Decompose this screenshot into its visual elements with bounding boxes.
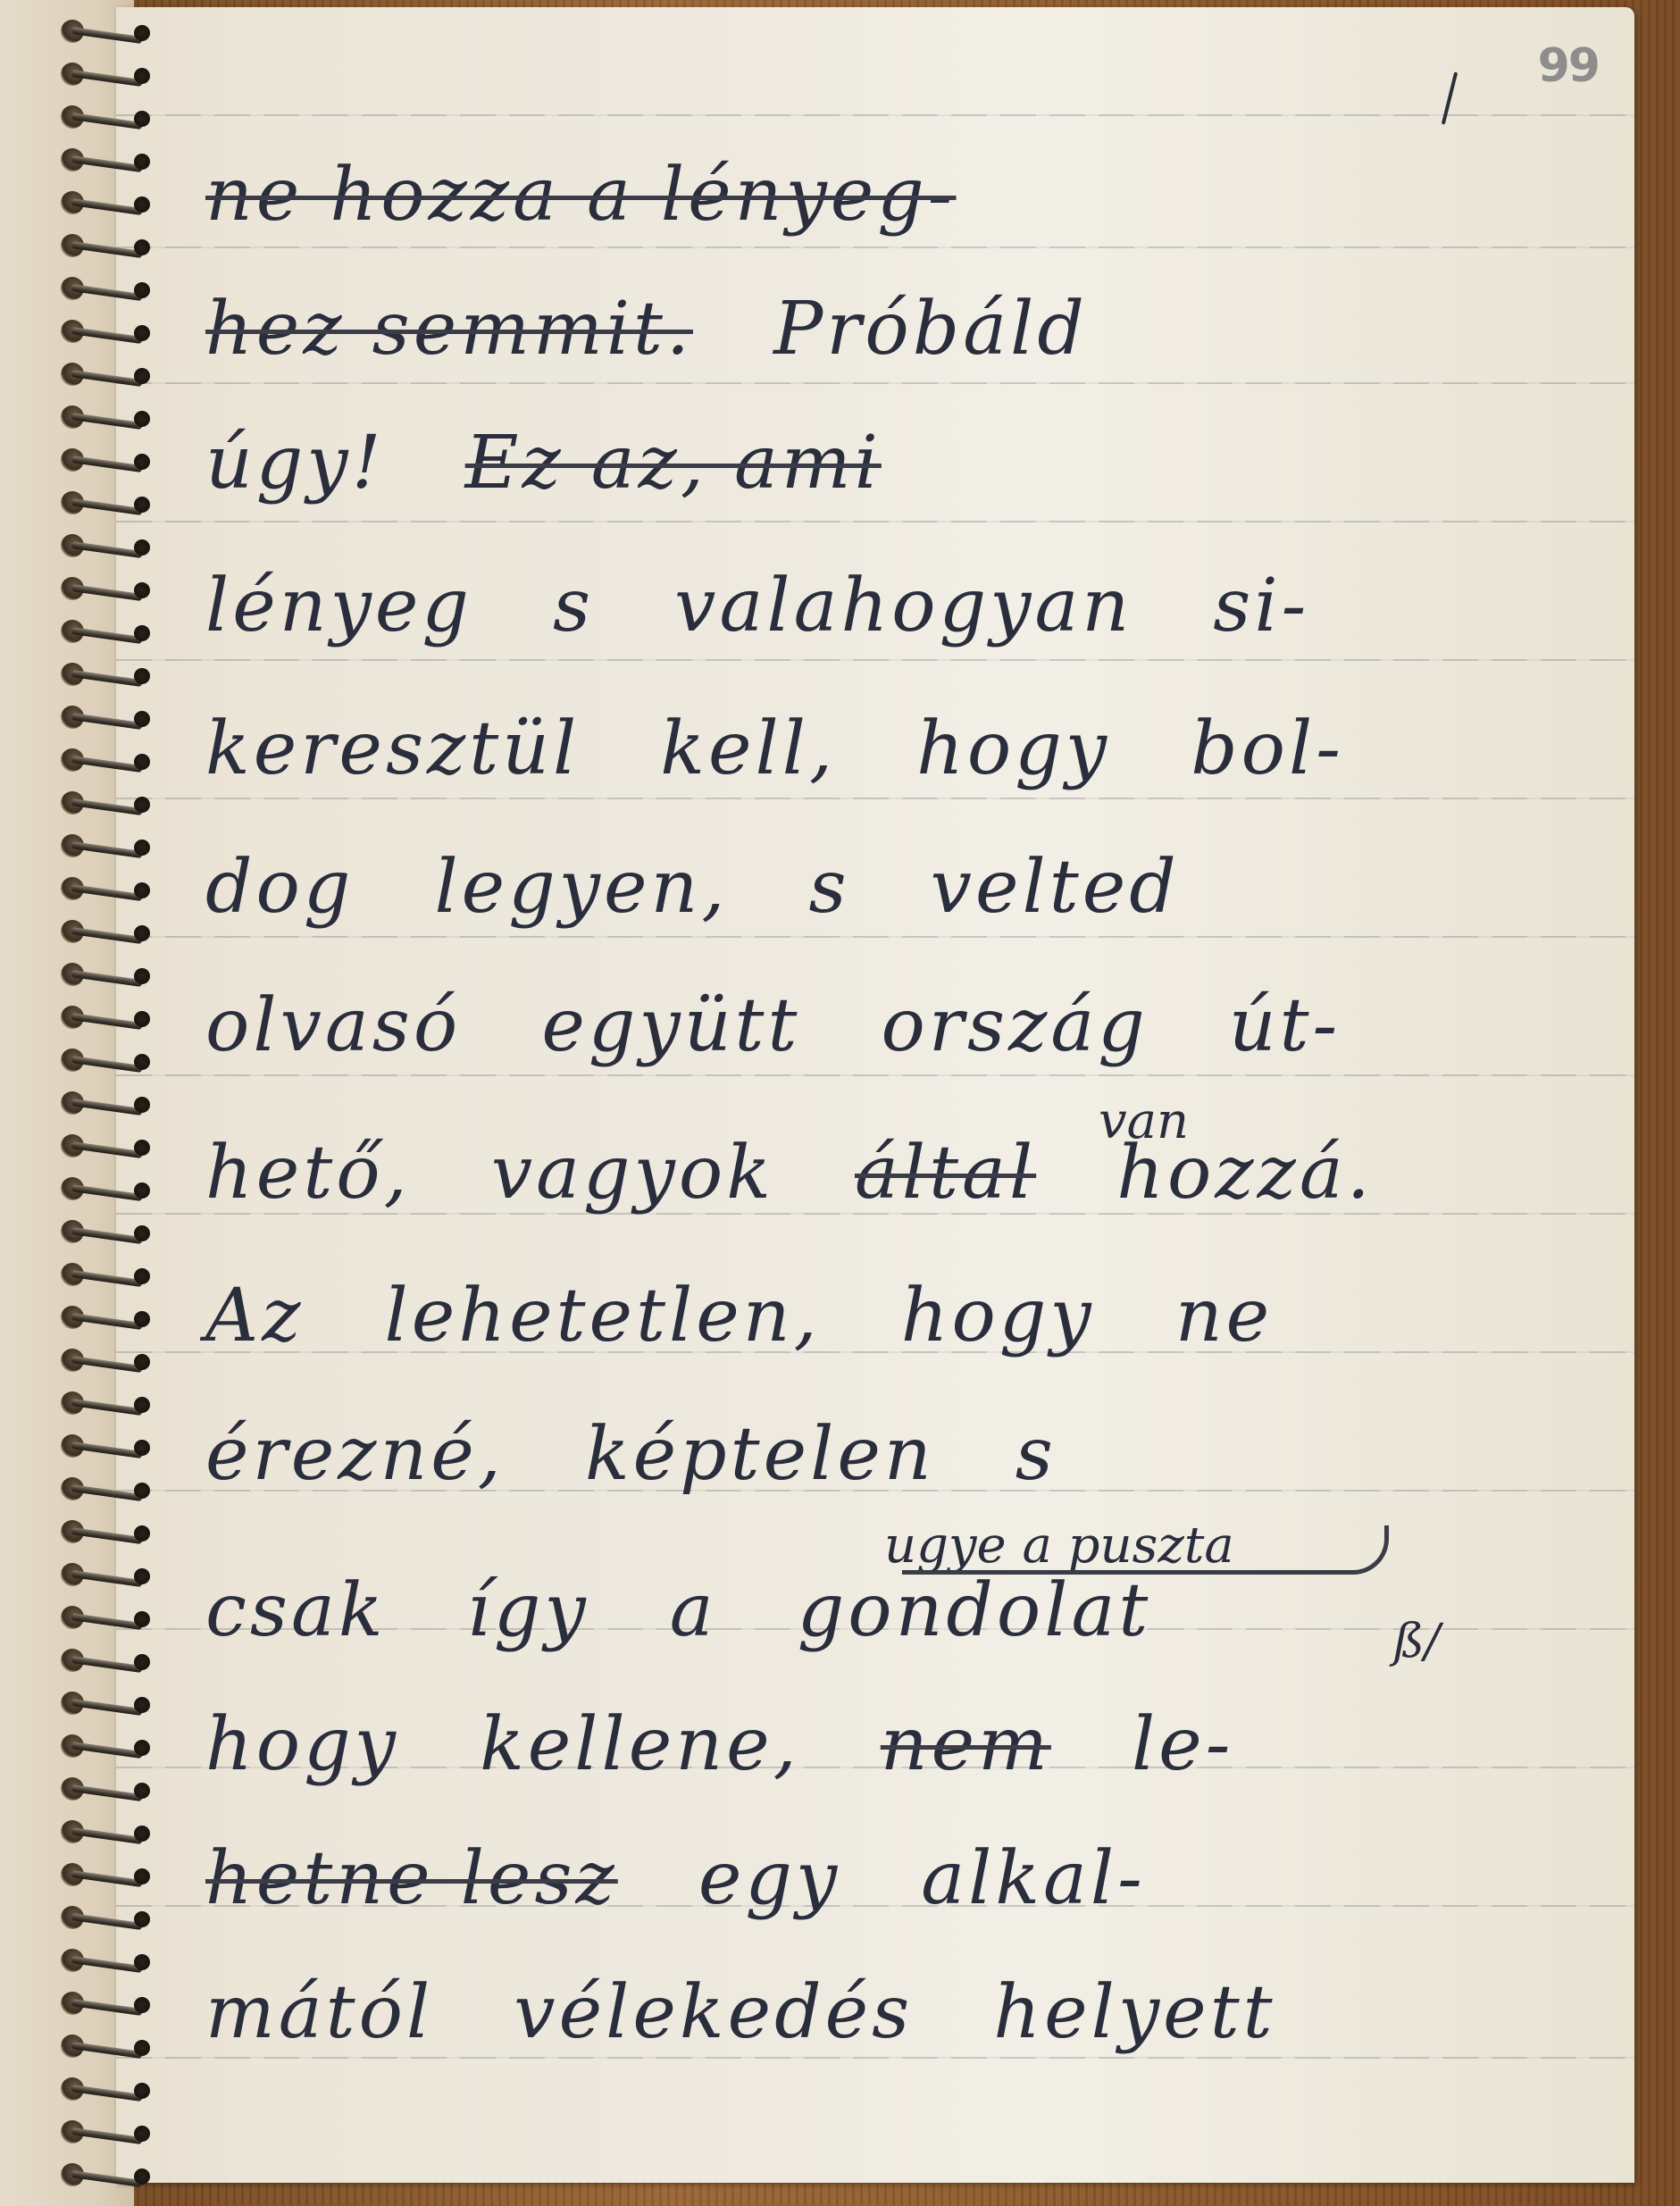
word: ne	[1175, 1280, 1273, 1353]
word: s	[809, 851, 850, 924]
coil-wire	[71, 1013, 142, 1030]
word: hető,	[205, 1137, 411, 1210]
coil-end	[134, 2168, 150, 2185]
spiral-coil	[61, 2118, 150, 2145]
coil-end	[134, 840, 150, 856]
spiral-coil	[61, 189, 150, 216]
coil-wire	[71, 498, 142, 515]
word: dog	[205, 851, 354, 924]
coil-wire	[71, 1441, 142, 1458]
spiral-coil	[61, 275, 150, 302]
word: érezné,	[205, 1418, 505, 1492]
coil-end	[134, 1997, 150, 2013]
spiral-coil	[61, 1861, 150, 1888]
handwritten-line-7: olvasó együtt ország út-	[205, 990, 1581, 1063]
coil-end	[134, 282, 150, 298]
coil-wire	[71, 927, 142, 944]
spiral-coil	[61, 1004, 150, 1031]
spiral-coil	[61, 832, 150, 859]
coil-wire	[71, 284, 142, 301]
struck-text: hetne lesz	[205, 1843, 618, 1916]
coil-end	[134, 754, 150, 770]
notebook-page: 99 ne hozza a lényeg- hez semmit. Próbál…	[116, 7, 1634, 2183]
coil-wire	[71, 970, 142, 987]
word: vélekedés	[514, 1976, 913, 2050]
coil-wire	[71, 1270, 142, 1287]
coil-wire	[71, 1099, 142, 1116]
handwritten-line-11: csak így a gondolat	[205, 1575, 1581, 1648]
coil-end	[134, 1697, 150, 1713]
word: velted	[931, 851, 1180, 924]
coil-wire	[71, 1399, 142, 1416]
word: kellene,	[480, 1709, 800, 1782]
coil-wire	[71, 1656, 142, 1673]
coil-wire	[71, 1999, 142, 2016]
ruled-line	[116, 521, 1634, 522]
coil-end	[134, 1740, 150, 1756]
spiral-coil	[61, 61, 150, 88]
word: úgy!	[205, 427, 385, 500]
coil-wire	[71, 1313, 142, 1330]
ruled-line	[116, 382, 1634, 384]
word: le-	[1132, 1709, 1233, 1782]
spiral-coil	[61, 1733, 150, 1759]
spiral-coil	[61, 1218, 150, 1245]
coil-wire	[71, 1699, 142, 1716]
coil-end	[134, 711, 150, 727]
coil-end	[134, 1654, 150, 1670]
spiral-coil	[61, 1304, 150, 1331]
ruled-line	[116, 1074, 1634, 1076]
handwritten-line-5: keresztül kell, hogy bol-	[205, 713, 1581, 786]
word: valahogyan	[674, 570, 1133, 643]
handwritten-line-1: ne hozza a lényeg-	[205, 159, 1581, 232]
coil-end	[134, 411, 150, 427]
word: si-	[1213, 570, 1309, 643]
coil-end	[134, 1354, 150, 1370]
coil-wire	[71, 884, 142, 901]
coil-end	[134, 1525, 150, 1542]
word: lényeg	[205, 570, 472, 643]
word: ország	[881, 990, 1148, 1063]
spiral-coil	[61, 1433, 150, 1459]
spiral-coil	[61, 18, 150, 45]
word: keresztül	[205, 713, 580, 786]
coil-end	[134, 1140, 150, 1156]
word: hogy	[916, 713, 1110, 786]
ruled-line	[116, 798, 1634, 799]
spiral-coil	[61, 961, 150, 988]
spiral-coil	[61, 1604, 150, 1631]
spiral-coil	[61, 704, 150, 731]
coil-end	[134, 797, 150, 813]
word: legyen,	[434, 851, 728, 924]
coil-end	[134, 968, 150, 984]
coil-end	[134, 582, 150, 598]
margin-mark: ß/	[1393, 1615, 1440, 1668]
spiral-coil	[61, 1690, 150, 1717]
coil-wire	[71, 1784, 142, 1801]
coil-wire	[71, 670, 142, 687]
spiral-coil	[61, 1818, 150, 1845]
spiral-coil	[61, 661, 150, 688]
coil-wire	[71, 1227, 142, 1244]
coil-wire	[71, 1484, 142, 1501]
coil-wire	[71, 1527, 142, 1544]
struck-text: ne hozza a lényeg-	[205, 159, 957, 232]
word: s	[1016, 1418, 1057, 1492]
spiral-coil	[61, 2033, 150, 2060]
ruled-line	[116, 247, 1634, 248]
coil-end	[134, 1783, 150, 1799]
coil-wire	[71, 413, 142, 430]
spiral-coil	[61, 1947, 150, 1974]
coil-end	[134, 1483, 150, 1499]
coil-wire	[71, 627, 142, 644]
struck-text: által	[855, 1137, 1036, 1210]
handwritten-line-9: Az lehetetlen, hogy ne	[205, 1280, 1581, 1353]
word: hogy	[205, 1709, 399, 1782]
coil-wire	[71, 2085, 142, 2102]
spiral-coil	[61, 747, 150, 773]
handwritten-line-3: úgy! Ez az, ami	[205, 427, 1581, 500]
word: hogy	[901, 1280, 1095, 1353]
word: a	[670, 1575, 717, 1648]
coil-wire	[71, 1613, 142, 1630]
coil-end	[134, 1826, 150, 1842]
handwritten-line-10: érezné, képtelen s	[205, 1418, 1581, 1492]
coil-wire	[71, 370, 142, 387]
coil-end	[134, 497, 150, 513]
coil-end	[134, 2083, 150, 2099]
coil-wire	[71, 1956, 142, 1973]
spiral-coil	[61, 575, 150, 602]
spiral-coil	[61, 1518, 150, 1545]
word: együtt	[541, 990, 800, 1063]
coil-end	[134, 2040, 150, 2056]
ruled-line	[116, 2057, 1634, 2059]
spiral-coil	[61, 318, 150, 345]
word: vagyok	[491, 1137, 774, 1210]
spiral-coil	[61, 447, 150, 473]
word: alkal-	[921, 1843, 1146, 1916]
word: s	[553, 570, 594, 643]
coil-end	[134, 1011, 150, 1027]
word: lehetetlen,	[385, 1280, 821, 1353]
word: képtelen	[585, 1418, 935, 1492]
coil-end	[134, 1868, 150, 1884]
coil-wire	[71, 713, 142, 730]
spiral-coil	[61, 1647, 150, 1674]
spiral-coil	[61, 790, 150, 816]
coil-wire	[71, 241, 142, 258]
handwritten-line-12: hogy kellene, nem le-	[205, 1709, 1581, 1782]
ruled-line	[116, 936, 1634, 938]
spiral-coil	[61, 1475, 150, 1502]
word: csak	[205, 1575, 387, 1648]
coil-end	[134, 325, 150, 341]
coil-end	[134, 25, 150, 41]
coil-end	[134, 1054, 150, 1070]
spiral-coil	[61, 532, 150, 559]
coil-wire	[71, 841, 142, 858]
struck-text: nem	[881, 1709, 1051, 1782]
handwritten-line-4: lényeg s valahogyan si-	[205, 570, 1581, 643]
spiral-coil	[61, 1132, 150, 1159]
coil-end	[134, 1311, 150, 1327]
spiral-coil	[61, 1347, 150, 1374]
spiral-coil	[61, 1390, 150, 1416]
coil-wire	[71, 1184, 142, 1201]
spiral-coil	[61, 104, 150, 130]
spiral-coil	[61, 1090, 150, 1116]
coil-wire	[71, 2042, 142, 2059]
coil-wire	[71, 2127, 142, 2144]
top-stroke-mark	[1442, 71, 1458, 124]
coil-wire	[71, 1827, 142, 1844]
word: egy	[698, 1843, 840, 1916]
coil-end	[134, 2126, 150, 2142]
coil-wire	[71, 1356, 142, 1373]
ruled-line	[116, 659, 1634, 661]
struck-text: Ez az, ami	[465, 427, 882, 500]
spiral-coil	[61, 918, 150, 945]
spiral-coil	[61, 618, 150, 645]
word: út-	[1229, 990, 1341, 1063]
coil-end	[134, 539, 150, 556]
handwritten-line-2: hez semmit. Próbáld	[205, 293, 1581, 366]
coil-wire	[71, 584, 142, 601]
coil-wire	[71, 1742, 142, 1759]
coil-end	[134, 154, 150, 170]
page-number: 99	[1538, 39, 1599, 93]
coil-end	[134, 1611, 150, 1627]
word: Próbáld	[773, 293, 1088, 366]
insertion-bracket	[902, 1525, 1389, 1575]
coil-end	[134, 239, 150, 255]
coil-end	[134, 1268, 150, 1284]
coil-end	[134, 1225, 150, 1241]
word: kell,	[660, 713, 836, 786]
word: gondolat	[798, 1575, 1152, 1648]
coil-end	[134, 668, 150, 684]
spiral-coil	[61, 489, 150, 516]
spiral-coil	[61, 404, 150, 430]
coil-end	[134, 454, 150, 470]
handwritten-line-8: hető, vagyok által hozzá.	[205, 1137, 1581, 1210]
handwritten-line-6: dog legyen, s velted	[205, 851, 1581, 924]
coil-wire	[71, 798, 142, 815]
coil-end	[134, 1911, 150, 1927]
coil-end	[134, 1440, 150, 1456]
coil-end	[134, 111, 150, 127]
spiral-coil	[61, 1047, 150, 1074]
word: helyett	[993, 1976, 1275, 2050]
spiral-coil	[61, 146, 150, 173]
coil-end	[134, 625, 150, 641]
word: Az	[205, 1280, 304, 1353]
coil-end	[134, 368, 150, 384]
spiral-coil	[61, 2161, 150, 2188]
coil-wire	[71, 2170, 142, 2187]
word: mától	[205, 1976, 433, 2050]
spiral-coil	[61, 1776, 150, 1802]
coil-wire	[71, 455, 142, 472]
coil-wire	[71, 155, 142, 172]
spiral-coil	[61, 1561, 150, 1588]
spiral-binding	[36, 0, 152, 2206]
word: hozzá.	[1116, 1137, 1374, 1210]
spiral-coil	[61, 2076, 150, 2102]
coil-end	[134, 1397, 150, 1413]
coil-end	[134, 1182, 150, 1199]
coil-wire	[71, 113, 142, 130]
spiral-coil	[61, 1904, 150, 1931]
coil-end	[134, 882, 150, 898]
coil-end	[134, 68, 150, 84]
coil-end	[134, 1954, 150, 1970]
coil-wire	[71, 1141, 142, 1158]
coil-end	[134, 1568, 150, 1584]
coil-end	[134, 1097, 150, 1113]
coil-wire	[71, 327, 142, 344]
handwritten-line-14: mától vélekedés helyett	[205, 1976, 1581, 2050]
spiral-coil	[61, 1175, 150, 1202]
struck-text: hez semmit.	[205, 293, 693, 366]
coil-wire	[71, 1570, 142, 1587]
handwritten-line-13: hetne lesz egy alkal-	[205, 1843, 1581, 1916]
spiral-coil	[61, 232, 150, 259]
word: olvasó	[205, 990, 461, 1063]
coil-wire	[71, 1913, 142, 1930]
spiral-coil	[61, 1261, 150, 1288]
coil-wire	[71, 1870, 142, 1887]
coil-wire	[71, 541, 142, 558]
coil-wire	[71, 1056, 142, 1073]
coil-wire	[71, 70, 142, 87]
coil-wire	[71, 27, 142, 44]
spiral-coil	[61, 875, 150, 902]
word: így	[467, 1575, 589, 1648]
coil-end	[134, 925, 150, 941]
ruled-line	[116, 114, 1634, 116]
spiral-coil	[61, 1990, 150, 2017]
word: bol-	[1191, 713, 1344, 786]
coil-wire	[71, 198, 142, 215]
coil-wire	[71, 756, 142, 773]
spiral-coil	[61, 361, 150, 388]
coil-end	[134, 196, 150, 213]
